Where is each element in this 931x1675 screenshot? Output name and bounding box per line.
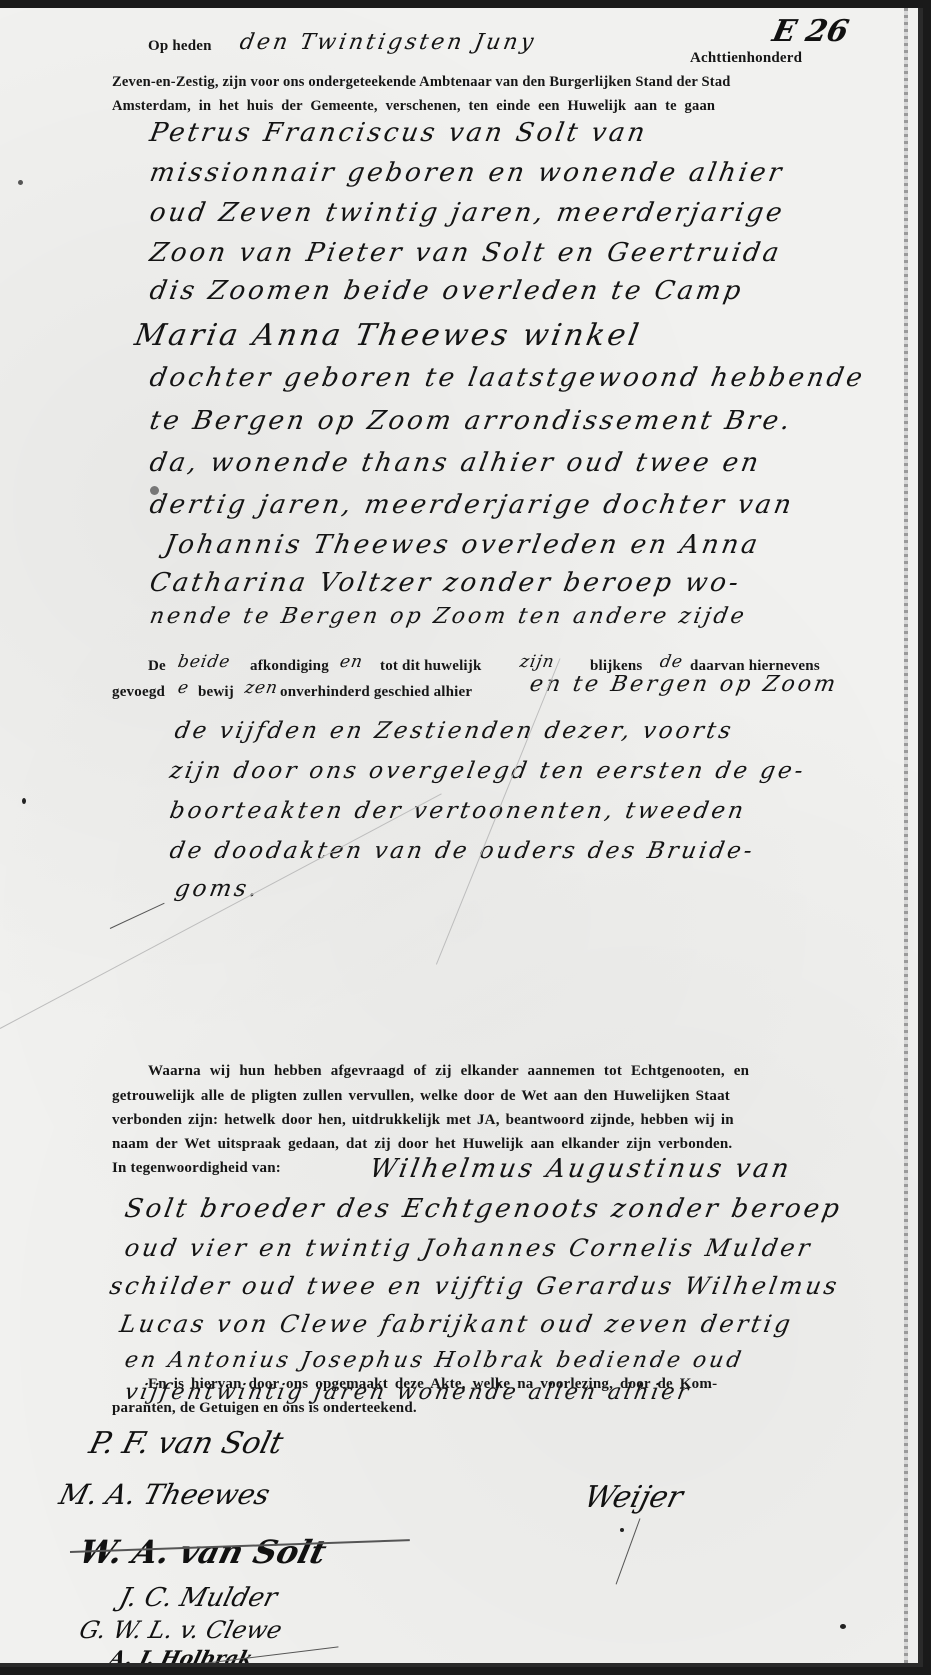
hand-line: Petrus Franciscus van Solt van — [147, 118, 650, 148]
folio-number: E 26 — [769, 14, 852, 49]
signature-witness-3: G. W. L. v. Clewe — [77, 1616, 285, 1644]
hand-witness-line: Wilhelmus Augustinus van — [367, 1154, 794, 1184]
hand-witness-line: en Antonius Josephus Holbrak bediende ou… — [123, 1348, 746, 1373]
hand-fill: de — [658, 652, 684, 672]
printed-witness-label: In tegenwoordigheid van: — [112, 1160, 281, 1177]
hand-line: missionnair geboren en wonende alhier — [147, 158, 786, 188]
hand-date: den Twintigsten Juny — [238, 30, 538, 55]
hand-line: oud Zeven twintig jaren, meerderjarige — [147, 198, 787, 228]
hand-line: dertig jaren, meerderjarige dochter van — [147, 490, 796, 520]
signature-bride: M. A. Theewes — [56, 1478, 273, 1511]
printed-closing-2: paranten, de Getuigen en ons is ondertee… — [112, 1400, 417, 1417]
hand-witness-line: Solt broeder des Echtgenoots zonder bero… — [122, 1194, 844, 1224]
hand-fill: zijn — [518, 652, 556, 672]
printed-declaration-1: Waarna wij hun hebben afgevraagd of zij … — [148, 1063, 749, 1080]
document-page: E 26 Op heden den Twintigsten Juny Achtt… — [0, 8, 923, 1667]
hand-fill: e — [176, 678, 191, 698]
ink-speck — [840, 1624, 846, 1629]
hand-witness-line: oud vier en twintig Johannes Cornelis Mu… — [123, 1234, 815, 1262]
hand-line: de vijfden en Zestienden dezer, voorts — [173, 718, 736, 744]
printed-gevoegd: gevoegd — [112, 684, 165, 701]
ink-speck — [18, 180, 23, 185]
hand-line: dochter geboren te laatstgewoond hebbend… — [147, 363, 867, 393]
hand-line: Johannis Theewes overleden en Anna — [162, 530, 762, 560]
printed-closing-1: En is hiervan door ons opgemaakt deze Ak… — [148, 1376, 717, 1393]
printed-de: De — [148, 658, 166, 675]
hand-line: de doodakten van de ouders des Bruide- — [168, 838, 757, 864]
signature-witness-4: A. J. Holbrak — [107, 1646, 255, 1667]
hand-line: Zoon van Pieter van Solt en Geertruida — [147, 238, 784, 268]
hand-line-bride: Maria Anna Theewes winkel — [132, 318, 644, 353]
hand-line: Catharina Voltzer zonder beroep wo- — [147, 568, 743, 598]
pen-stroke — [110, 903, 165, 929]
printed-declaration-4: naam der Wet uitspraak gedaan, dat zij d… — [112, 1136, 732, 1153]
hand-fill: en — [338, 652, 365, 672]
signature-groom: P. F. van Solt — [86, 1426, 287, 1461]
ink-speck — [150, 486, 159, 495]
signature-registrar: Weijer — [581, 1480, 687, 1515]
hand-line: dis Zoomen beide overleden te Camp — [147, 276, 746, 306]
printed-afkondiging: afkondiging — [250, 658, 329, 675]
signature-witness-1: W. A. van Solt — [75, 1533, 330, 1571]
hand-line: zijn door ons overgelegd ten eersten de … — [168, 758, 808, 784]
hand-witness-line: Lucas von Clewe fabrijkant oud zeven der… — [118, 1310, 796, 1338]
ink-speck — [620, 1528, 624, 1532]
printed-declaration-3: verbonden zijn: hetwelk door hen, uitdru… — [112, 1112, 734, 1129]
printed-tot: tot dit huwelijk — [380, 658, 482, 675]
printed-onverhinderd: onverhinderd geschied alhier — [280, 684, 472, 701]
hand-line: boorteakten der vertoonenten, tweeden — [168, 798, 748, 824]
hand-fill: zen — [243, 678, 279, 698]
hand-fill: beide — [176, 652, 232, 672]
ink-speck — [22, 798, 26, 804]
printed-bewij: bewij — [198, 684, 234, 701]
printed-line-2: Zeven-en-Zestig, zijn voor ons ondergete… — [112, 74, 731, 91]
printed-year-word: Achttienhonderd — [690, 50, 802, 67]
page-edge — [904, 8, 908, 1663]
printed-line-3: Amsterdam, in het huis der Gemeente, ver… — [112, 98, 715, 115]
hand-line: te Bergen op Zoom arrondissement Bre. — [147, 406, 795, 436]
hand-line: goms. — [173, 876, 262, 902]
signature-witness-2: J. C. Mulder — [116, 1583, 280, 1613]
hand-fill: en te Bergen op Zoom — [528, 672, 840, 697]
printed-declaration-2: getrouwelijk alle de pligten zullen verv… — [112, 1088, 730, 1105]
hand-witness-line: schilder oud twee en vijftig Gerardus Wi… — [108, 1272, 842, 1300]
hand-line: da, wonende thans alhier oud twee en — [147, 448, 763, 478]
hand-line: nende te Bergen op Zoom ten andere zijde — [148, 604, 749, 629]
paper-crease — [0, 793, 442, 1029]
printed-op-heden: Op heden — [148, 38, 212, 55]
